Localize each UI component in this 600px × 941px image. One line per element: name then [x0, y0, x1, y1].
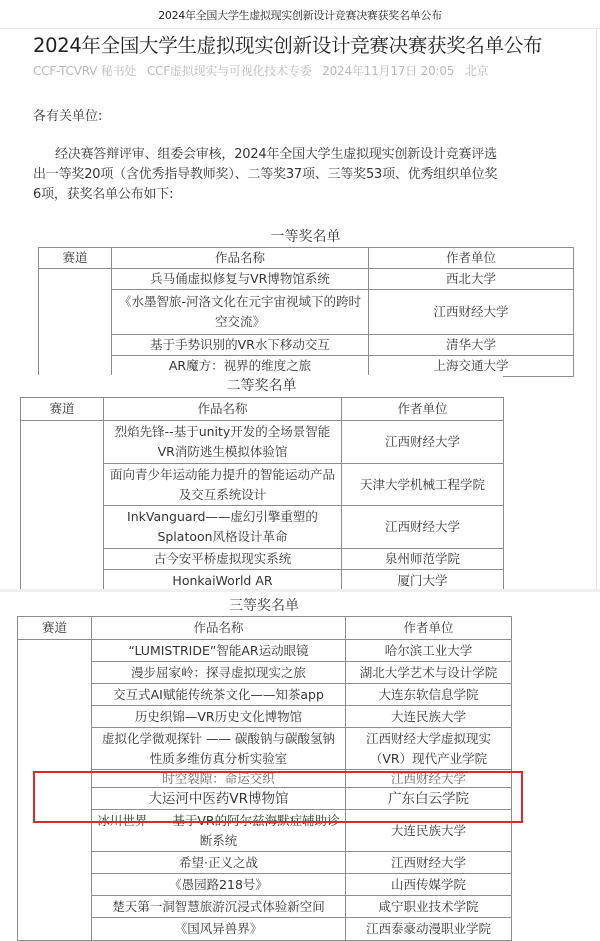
third-prize-table: 赛道 作品名称 作者单位 “LUMISTRIDE”智能AR运动眼镜 哈尔滨工业大… [17, 616, 512, 941]
work-cell: “LUMISTRIDE”智能AR运动眼镜 [92, 640, 346, 662]
header-work: 作品名称 [112, 248, 369, 269]
work-cell: 交互式AI赋能传统茶文化——知茶app [92, 684, 346, 706]
unit-cell: 江西财经大学 [346, 770, 512, 788]
unit-cell: 天津大学机械工程学院 [342, 464, 504, 506]
table-row: 冰川世界——基于VR的阿尔兹海默症辅助诊断系统 大连民族大学 [18, 810, 512, 852]
unit-cell: 上海交通大学 [369, 356, 574, 377]
unit-cell: 江西财经大学 [342, 421, 504, 464]
table-row: 《国风异兽界》 江西泰豪动漫职业学院 [18, 918, 512, 941]
first-prize-title: 一等奖名单 [38, 226, 573, 246]
table-row: 交互式AI赋能传统茶文化——知茶app 大连东软信息学院 [18, 684, 512, 706]
work-cell: 时空裂隙：命运交织 [92, 770, 346, 788]
work-cell: 虚拟化学微观探针 —— 碳酸钠与碳酸氢钠性质多维仿真分析实验室 [92, 728, 346, 770]
table-row: 《愚园路218号》 山西传媒学院 [18, 874, 512, 896]
work-cell: 楚天第一洞智慧旅游沉浸式体验新空间 [92, 896, 346, 918]
unit-cell: 哈尔滨工业大学 [346, 640, 512, 662]
salutation: 各有关单位: [33, 105, 102, 124]
header-work: 作品名称 [104, 398, 342, 421]
work-cell: 烈焰先锋--基于unity开发的全场景智能VR消防逃生模拟体验馆 [104, 421, 342, 464]
work-cell: 面向青少年运动能力提升的智能运动产品及交互系统设计 [104, 464, 342, 506]
track-cell [21, 421, 104, 592]
header-track: 赛道 [18, 617, 92, 640]
table-header-row: 赛道 作品名称 作者单位 [18, 617, 512, 640]
header-work: 作品名称 [92, 617, 346, 640]
table-row: 基于手势识别的VR水下移动交互 清华大学 [39, 335, 574, 356]
unit-cell: 大连民族大学 [346, 706, 512, 728]
track-cell [39, 269, 112, 377]
second-prize-title: 二等奖名单 [20, 375, 503, 397]
work-cell: 历史织锦—VR历史文化博物馆 [92, 706, 346, 728]
work-cell: AR魔方：视界的维度之旅 [112, 356, 369, 377]
meta-location: 北京 [465, 64, 489, 78]
unit-cell: 清华大学 [369, 335, 574, 356]
unit-cell: 大连民族大学 [346, 810, 512, 852]
track-cell [18, 640, 92, 941]
third-prize-title: 三等奖名单 [17, 595, 511, 615]
article-meta: CCF-TCVRV 秘书处 CCF虚拟现实与可视化技术专委 2024年11月17… [33, 62, 495, 79]
meta-datetime: 2024年11月17日 20:05 [322, 64, 454, 78]
work-cell: 基于手势识别的VR水下移动交互 [112, 335, 369, 356]
table-row: 希望·正义之战 江西财经大学 [18, 852, 512, 874]
first-prize-table: 赛道 作品名称 作者单位 兵马俑虚拟修复与VR博物馆系统 西北大学 《水墨智旅-… [38, 247, 574, 377]
header-track: 赛道 [21, 398, 104, 421]
header-unit: 作者单位 [369, 248, 574, 269]
table-row: 漫步屈家岭：探寻虚拟现实之旅 湖北大学艺术与设计学院 [18, 662, 512, 684]
unit-cell: 江西财经大学虚拟现实（VR）现代产业学院 [346, 728, 512, 770]
work-cell: 《愚园路218号》 [92, 874, 346, 896]
work-cell: 兵马俑虚拟修复与VR博物馆系统 [112, 269, 369, 290]
table-row: 楚天第一洞智慧旅游沉浸式体验新空间 咸宁职业技术学院 [18, 896, 512, 918]
table-row-highlighted: 大运河中医药VR博物馆 广东白云学院 [18, 788, 512, 810]
work-cell: InkVanguard——虚幻引擎重塑的Splatoon风格设计革命 [104, 506, 342, 549]
unit-cell: 江西财经大学 [369, 290, 574, 335]
unit-cell: 江西泰豪动漫职业学院 [346, 918, 512, 941]
table-row: 历史织锦—VR历史文化博物馆 大连民族大学 [18, 706, 512, 728]
meta-source[interactable]: CCF虚拟现实与可视化技术专委 [147, 64, 312, 78]
work-cell: 古今安平桥虚拟现实系统 [104, 549, 342, 570]
table-row: 虚拟化学微观探针 —— 碳酸钠与碳酸氢钠性质多维仿真分析实验室 江西财经大学虚拟… [18, 728, 512, 770]
work-cell: 希望·正义之战 [92, 852, 346, 874]
unit-cell: 江西财经大学 [342, 506, 504, 549]
table-row: 《水墨智旅-河洛文化在元宇宙视域下的跨时空交流》 江西财经大学 [39, 290, 574, 335]
scrollbar[interactable] [596, 29, 600, 589]
intro-paragraph: 经决赛答辩评审、组委会审核，2024年全国大学生虚拟现实创新设计竞赛评选出一等奖… [33, 145, 503, 205]
meta-author[interactable]: CCF-TCVRV 秘书处 [33, 64, 136, 78]
work-cell: 《国风异兽界》 [92, 918, 346, 941]
window-title: 2024年全国大学生虚拟现实创新设计竞赛决赛获奖名单公布 [0, 7, 600, 23]
table-row: 兵马俑虚拟修复与VR博物馆系统 西北大学 [39, 269, 574, 290]
screenshot-seam [0, 589, 600, 592]
table-header-row: 赛道 作品名称 作者单位 [39, 248, 574, 269]
article-headline: 2024年全国大学生虚拟现实创新设计竞赛决赛获奖名单公布 [33, 30, 542, 58]
header-unit: 作者单位 [346, 617, 512, 640]
work-cell: 冰川世界——基于VR的阿尔兹海默症辅助诊断系统 [92, 810, 346, 852]
work-cell: 《水墨智旅-河洛文化在元宇宙视域下的跨时空交流》 [112, 290, 369, 335]
table-row: 烈焰先锋--基于unity开发的全场景智能VR消防逃生模拟体验馆 江西财经大学 [21, 421, 504, 464]
unit-cell: 大连东软信息学院 [346, 684, 512, 706]
unit-cell: 江西财经大学 [346, 852, 512, 874]
table-header-row: 赛道 作品名称 作者单位 [21, 398, 504, 421]
unit-cell: 湖北大学艺术与设计学院 [346, 662, 512, 684]
second-prize-table: 赛道 作品名称 作者单位 烈焰先锋--基于unity开发的全场景智能VR消防逃生… [20, 397, 504, 592]
header-unit: 作者单位 [342, 398, 504, 421]
unit-cell: 泉州师范学院 [342, 549, 504, 570]
unit-cell: 西北大学 [369, 269, 574, 290]
work-cell: 大运河中医药VR博物馆 [92, 788, 346, 810]
unit-cell: 山西传媒学院 [346, 874, 512, 896]
work-cell: 漫步屈家岭：探寻虚拟现实之旅 [92, 662, 346, 684]
title-bar: 2024年全国大学生虚拟现实创新设计竞赛决赛获奖名单公布 [0, 0, 600, 29]
header-track: 赛道 [39, 248, 112, 269]
table-row: 时空裂隙：命运交织 江西财经大学 [18, 770, 512, 788]
table-row: AR魔方：视界的维度之旅 上海交通大学 [39, 356, 574, 377]
unit-cell: 咸宁职业技术学院 [346, 896, 512, 918]
unit-cell: 广东白云学院 [346, 788, 512, 810]
table-row: “LUMISTRIDE”智能AR运动眼镜 哈尔滨工业大学 [18, 640, 512, 662]
